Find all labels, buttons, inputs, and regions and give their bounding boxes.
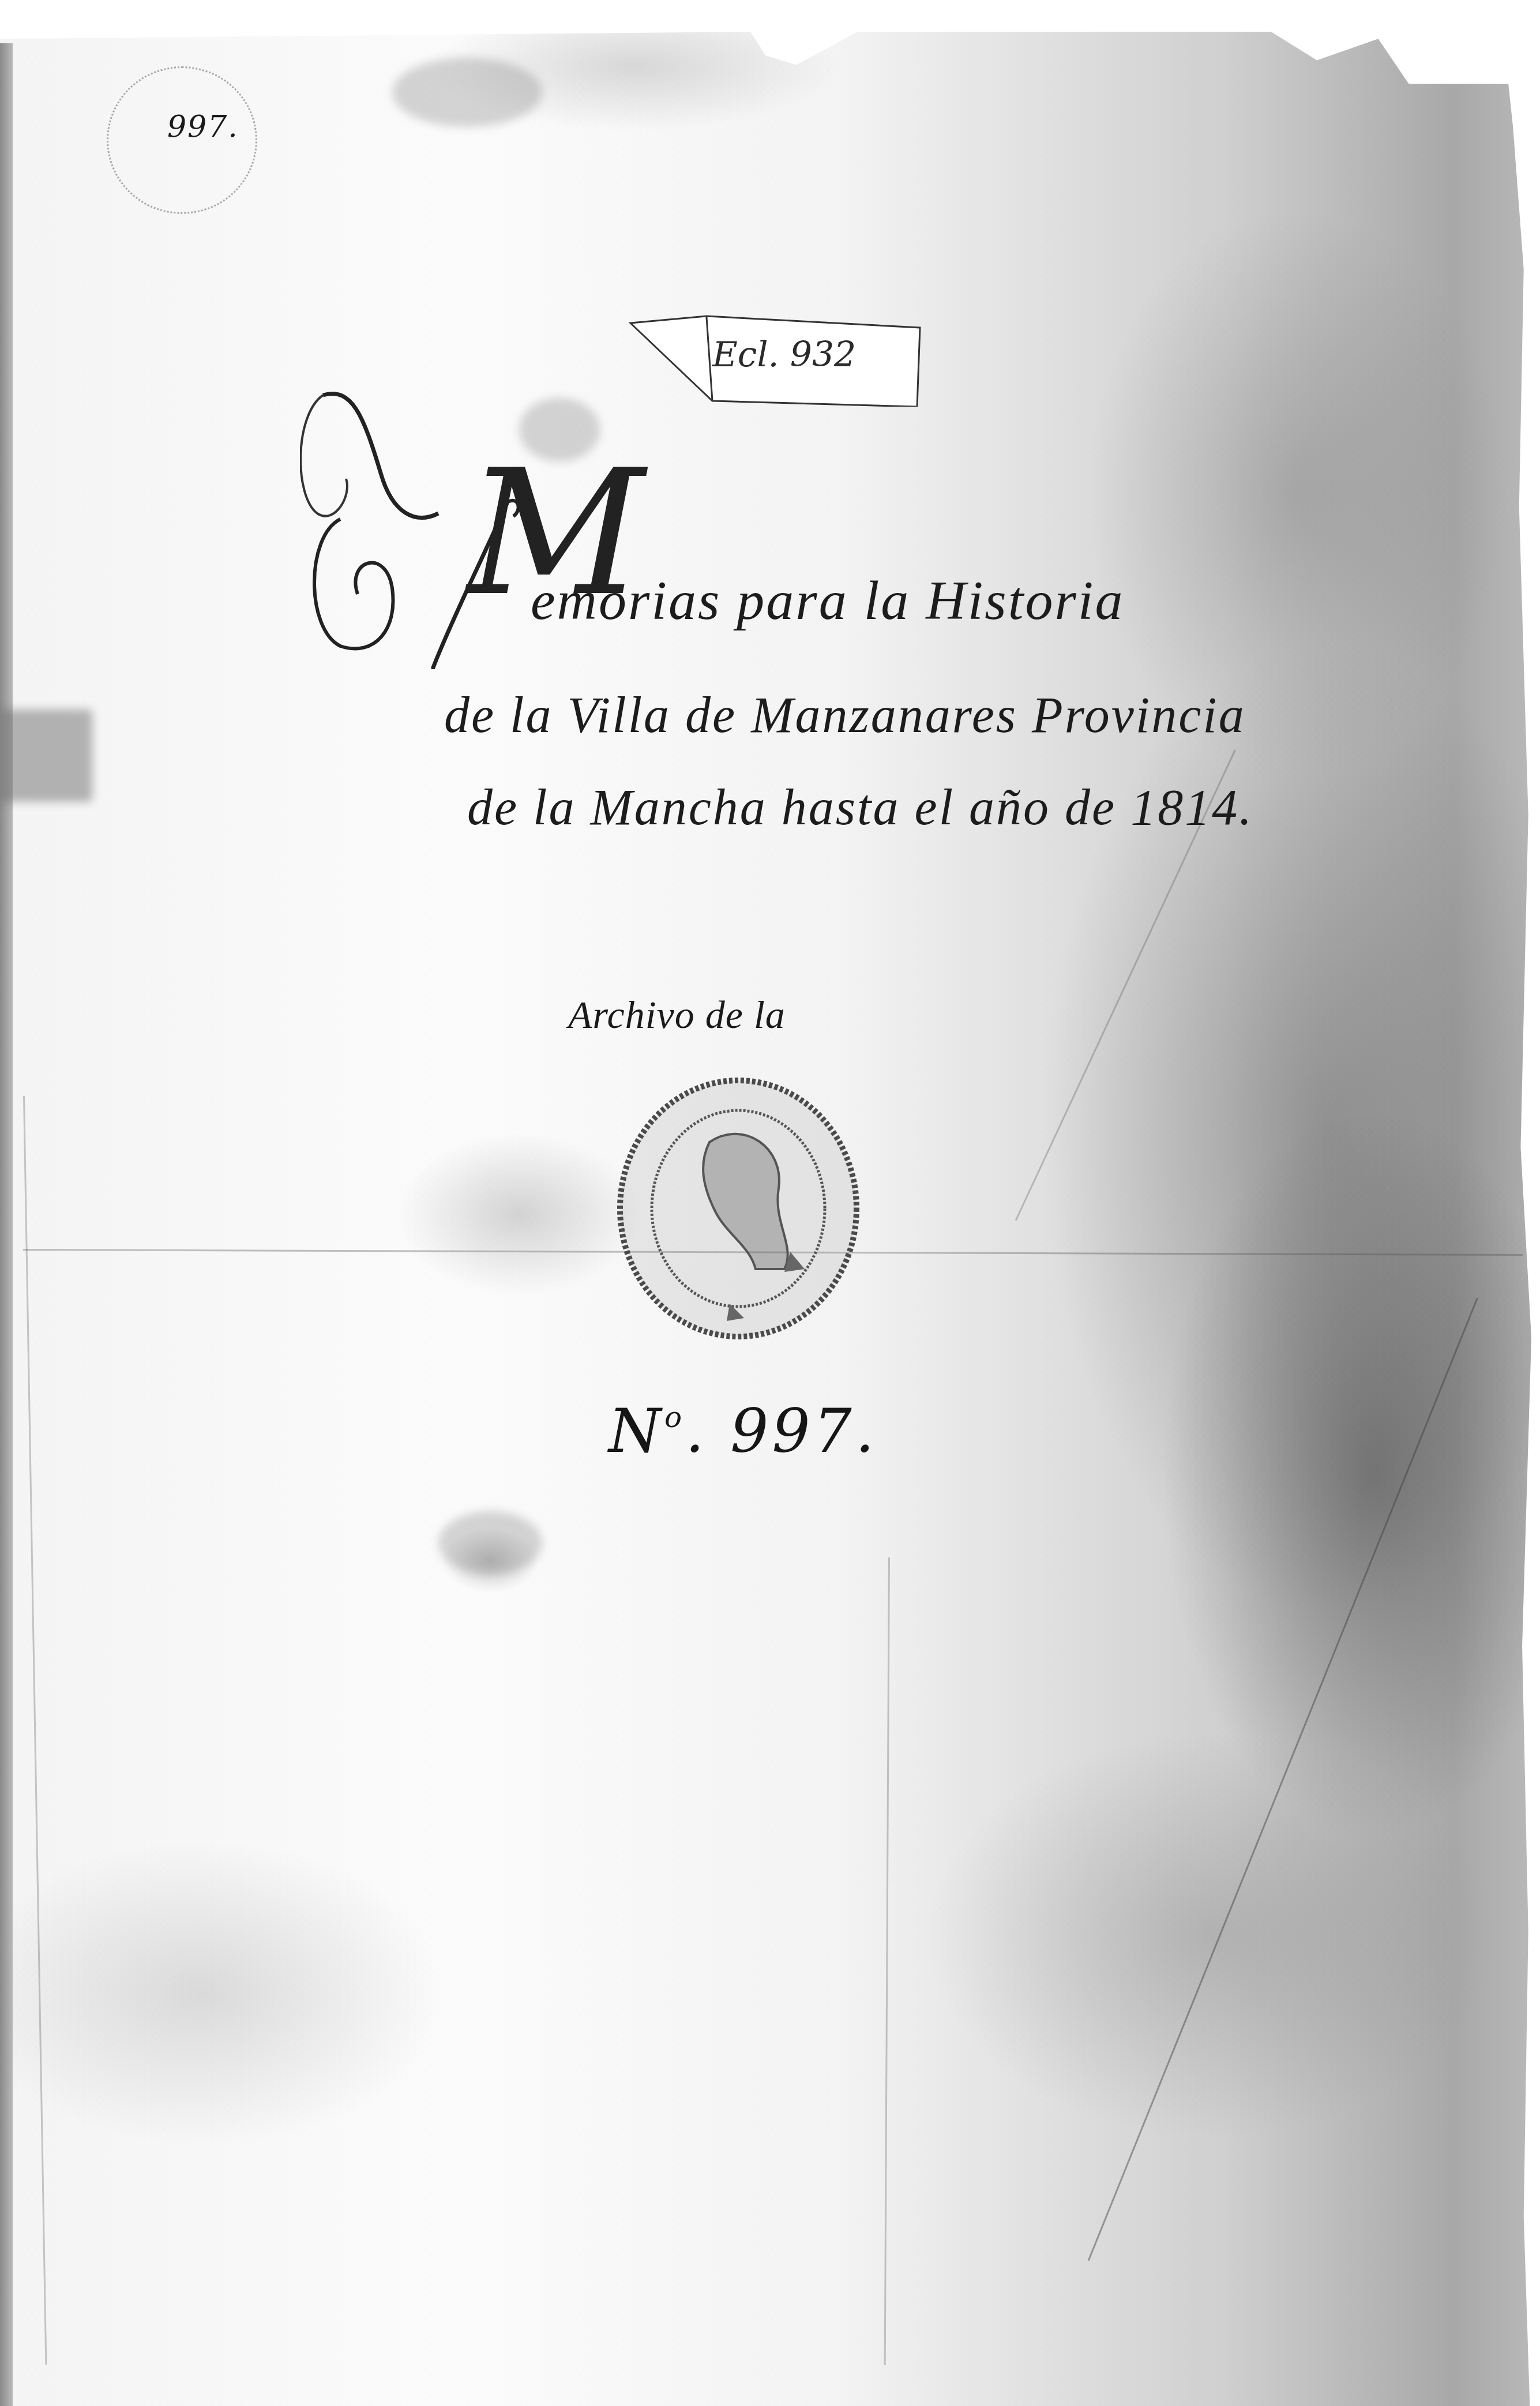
title-initial: M	[467, 433, 646, 634]
catalog-number: No. 997.	[609, 1396, 878, 1466]
water-stain	[392, 58, 542, 127]
catalog-number-dot: .	[685, 1396, 708, 1466]
title-line-1: M emorias para la Historia	[531, 568, 1124, 632]
water-stain	[438, 1511, 542, 1575]
archive-seal-icon	[611, 1073, 865, 1344]
catalog-number-prefix: N	[609, 1396, 664, 1466]
title-line-2: de la Villa de Manzanares Provincia	[444, 686, 1246, 745]
catalog-number-superscript: o	[664, 1401, 685, 1434]
archive-label: Archivo de la	[568, 992, 786, 1038]
water-stain	[0, 710, 92, 802]
binding-spine	[0, 43, 13, 2406]
catalog-number-value: 997.	[730, 1396, 878, 1466]
shelf-label-text: Ecl. 932	[712, 335, 856, 375]
title-line-3: de la Mancha hasta el año de 1814.	[467, 779, 1253, 837]
title-block: M emorias para la Historia de la Villa d…	[300, 381, 1396, 819]
folio-number: 997.	[167, 110, 239, 144]
